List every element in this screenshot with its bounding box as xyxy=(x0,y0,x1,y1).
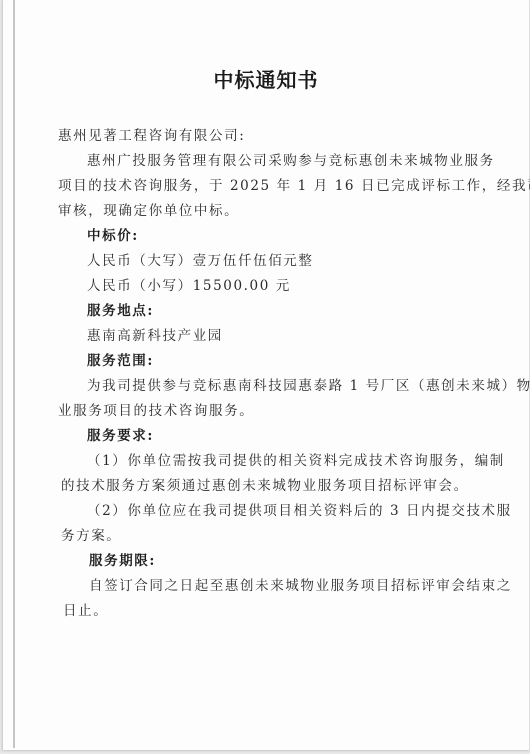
requirement-2-line-2: 务方案。 xyxy=(61,524,121,544)
document-title: 中标通知书 xyxy=(3,64,529,93)
recipient: 惠州见著工程咨询有限公司: xyxy=(58,124,245,144)
requirement-1-line-2: 的技术服务方案须通过惠创未来城物业服务项目招标评审会。 xyxy=(61,474,469,494)
period-label: 服务期限: xyxy=(89,549,156,569)
document-page: 中标通知书 惠州见著工程咨询有限公司: 惠州广投服务管理有限公司采购参与竞标惠创… xyxy=(2,0,529,750)
binding-rule xyxy=(13,0,15,748)
location-label: 服务地点: xyxy=(87,299,154,319)
intro-line-2: 项目的技术咨询服务，于 2025 年 1 月 16 日已完成评标工作，经我司 xyxy=(58,174,530,194)
location-value: 惠南高新科技产业园 xyxy=(87,324,223,344)
period-line-1: 自签订合同之日起至惠创未来城物业服务项目招标评审会结束之 xyxy=(89,574,512,594)
price-label: 中标价: xyxy=(87,224,139,244)
scope-label: 服务范围: xyxy=(87,349,154,369)
requirement-1-line-1: （1）你单位需按我司提供的相关资料完成技术咨询服务，编制 xyxy=(87,449,505,469)
price-lowercase: 人民币（小写）15500.00 元 xyxy=(87,274,291,294)
period-line-2: 日止。 xyxy=(63,599,108,619)
intro-line-3: 审核，现确定你单位中标。 xyxy=(58,199,239,219)
scope-line-2: 业服务项目的技术咨询服务。 xyxy=(58,399,254,419)
intro-line-1: 惠州广投服务管理有限公司采购参与竞标惠创未来城物业服务 xyxy=(87,149,495,169)
scope-line-1: 为我司提供参与竞标惠南科技园惠泰路 1 号厂区（惠创未来城）物 xyxy=(87,374,530,394)
requirements-label: 服务要求: xyxy=(87,424,154,444)
price-uppercase: 人民币（大写）壹万伍仟伍佰元整 xyxy=(87,249,314,269)
requirement-2-line-1: （2）你单位应在我司提供项目相关资料后的 3 日内提交技术服 xyxy=(87,499,512,519)
